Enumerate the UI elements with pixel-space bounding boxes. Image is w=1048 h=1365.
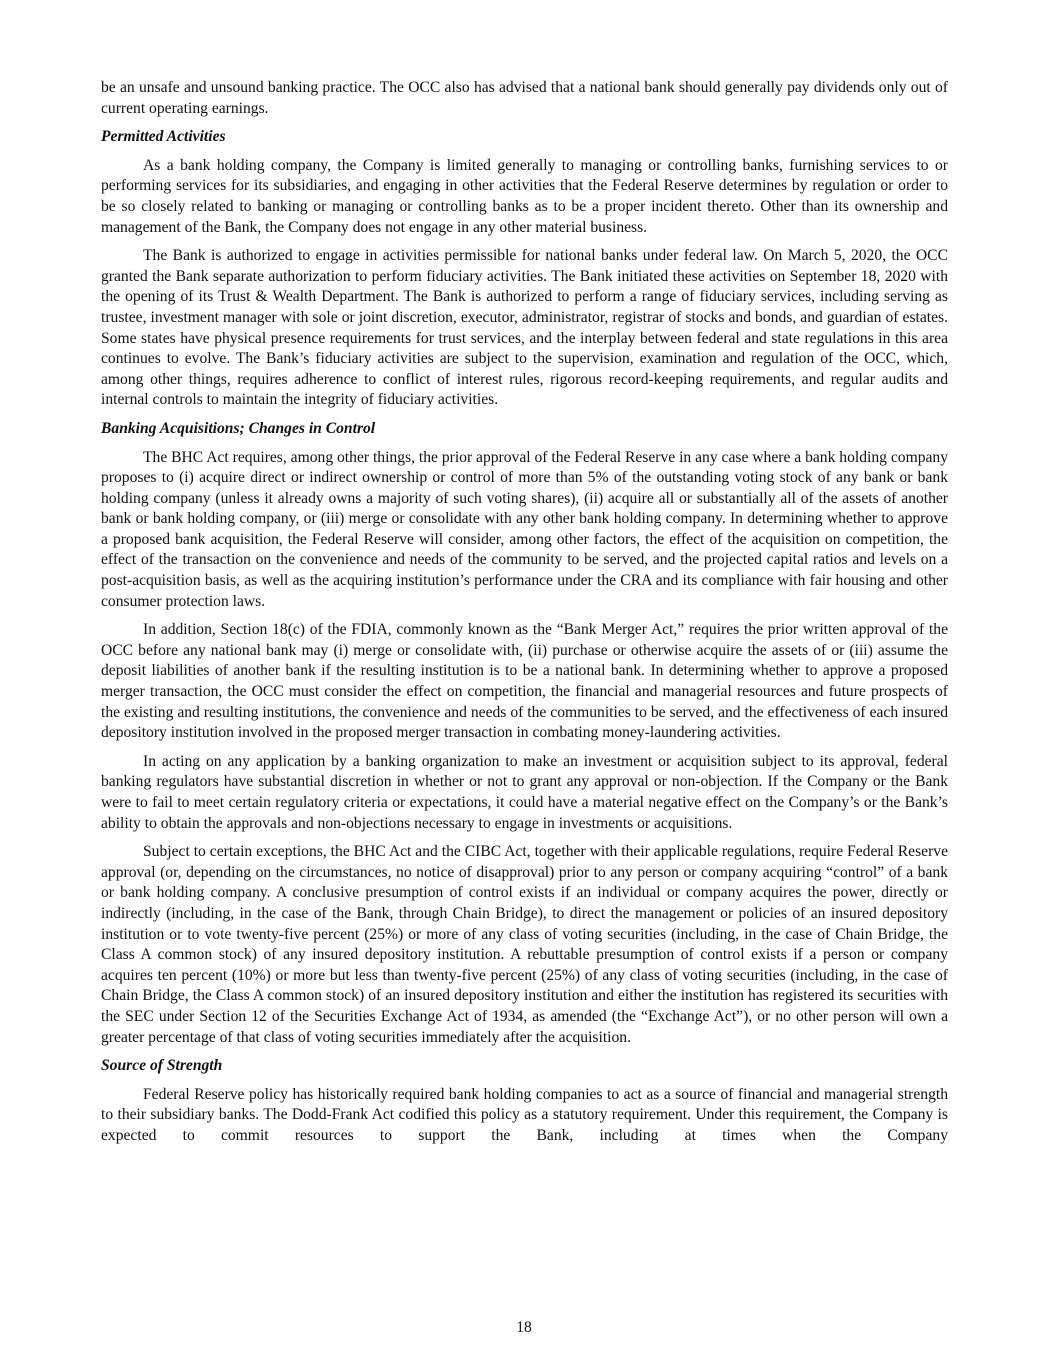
section-heading-permitted-activities: Permitted Activities <box>101 127 948 148</box>
section-source-of-strength: Source of Strength Federal Reserve polic… <box>101 1056 948 1146</box>
paragraph-bank-holding-company-limits: As a bank holding company, the Company i… <box>101 156 948 238</box>
paragraph-fiduciary-activities: The Bank is authorized to engage in acti… <box>101 246 948 411</box>
section-heading-source-of-strength: Source of Strength <box>101 1056 948 1077</box>
page-number: 18 <box>0 1318 1048 1338</box>
paragraph-source-of-strength-policy: Federal Reserve policy has historically … <box>101 1085 948 1147</box>
paragraph-bank-merger-act: In addition, Section 18(c) of the FDIA, … <box>101 620 948 744</box>
document-page: be an unsafe and unsound banking practic… <box>101 78 948 1155</box>
paragraph-bhc-act-approval: The BHC Act requires, among other things… <box>101 448 948 613</box>
section-heading-banking-acquisitions: Banking Acquisitions; Changes in Control <box>101 419 948 440</box>
continuation-paragraph: be an unsafe and unsound banking practic… <box>101 78 948 119</box>
section-banking-acquisitions: Banking Acquisitions; Changes in Control… <box>101 419 948 1048</box>
paragraph-change-in-control: Subject to certain exceptions, the BHC A… <box>101 842 948 1048</box>
paragraph-regulator-discretion: In acting on any application by a bankin… <box>101 752 948 834</box>
section-permitted-activities: Permitted Activities As a bank holding c… <box>101 127 948 411</box>
